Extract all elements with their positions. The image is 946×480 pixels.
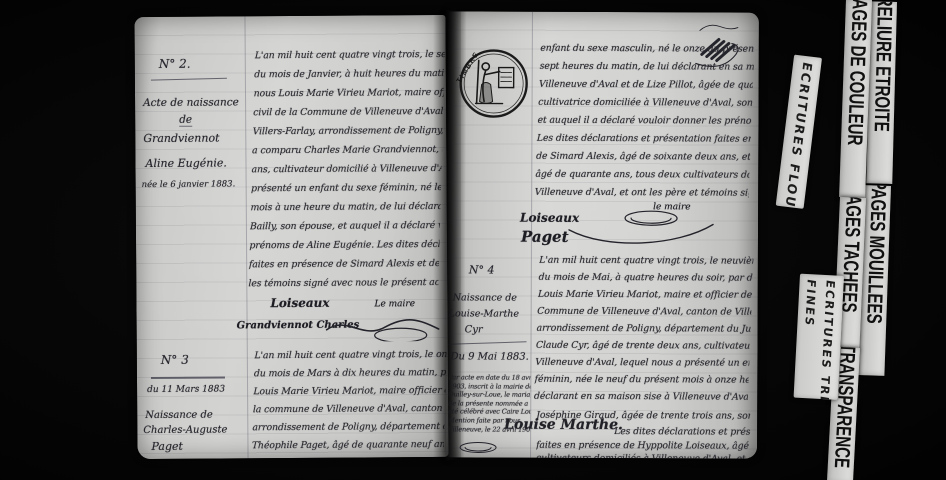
condition-label-ecritures-floues: ECRITURES FLOUES [776,55,822,209]
manuscript-line: Théophile Paget, âgé de quarante neuf an… [252,436,444,455]
act2-birth-date: née le 6 janvier 1883. [142,179,236,190]
manuscript-line: Commune de Villeneuve d'Aval, canton de … [537,303,752,321]
act3-continuation-body: enfant du sexe masculin, né le onze du p… [534,40,754,205]
manuscript-line: Bailly, son épouse, et auquel il a décla… [250,216,441,236]
manuscript-line: cultivatrice domiciliée à Villeneuve d'A… [538,94,753,113]
manuscript-line: cultivateur à Villeneuve d'Aval, lequel … [252,454,444,455]
manuscript-line: sept heures du matin, de lui déclarant e… [539,58,754,77]
signature-loiseaux: Loiseaux [270,296,329,310]
manuscript-line: la commune de Villeneuve d'Aval, canton … [253,400,445,419]
manuscript-line: déclarant en sa maison sise à Villeneuve… [534,388,749,406]
manuscript-line: arrondissement de Poligny, département d… [536,320,751,338]
act3-date: du 11 Mars 1883 [147,384,225,395]
mention-signature-flourish-icon [454,437,504,455]
manuscript-line: Villeneuve d'Aval et de Lize Pillot, âgé… [539,76,754,95]
act2-number: N° 2. [159,57,191,71]
act4-surname: Cyr [465,324,483,335]
condition-label-ecritures-tres-fines: ECRITURES TRÈS FINES [794,274,844,400]
condition-strip-label: RELIURE ETROITE [868,1,897,131]
act4-date: Du 9 Mai 1883. [450,351,528,362]
act4-number: N° 4 [469,263,495,276]
act4-child-name: Louise Marthe. [504,417,623,434]
signature-flourish-icon [323,313,443,342]
manuscript-line: de Simard Alexis, âgé de soixante deux a… [536,148,751,167]
act2-body: L'an mil huit cent quatre vingt trois, l… [248,45,445,296]
manuscript-line: faites en présence de Simard Alexis et d… [249,254,440,274]
manuscript-line: L'an mil huit cent quatre vingt trois, l… [539,252,754,270]
margin-underline [151,78,227,81]
act2-given-names: Aline Eugénie. [145,156,226,170]
revenue-stamp-icon: TIMBRE [455,45,531,121]
manuscript-line: a comparu Charles Marie Grandviennot, âg… [252,140,443,160]
register-right-page: TIMBRE N° 4 Naissance de Louise-Marthe C… [446,11,759,458]
condition-label-text: ECRITURES FLOUES [776,55,822,209]
manuscript-line: Villeneuve d'Aval, et ont les père et té… [534,184,749,203]
manuscript-line: Villers-Farlay, arrondissement de Polign… [252,121,443,141]
signature-flourish-icon [567,210,717,245]
margin-divider [151,376,225,379]
register-left-page: N° 2. Acte de naissance de Grandviennot … [134,15,448,459]
manuscript-line: Villeneuve d'Aval, lequel nous a présent… [535,354,750,372]
manuscript-line: féminin, née le neuf du présent mois à o… [534,371,749,389]
manuscript-line: Louis Marie Virieu Mariot, maire et offi… [538,286,753,304]
signature-le-maire: Le maire [374,299,415,309]
manuscript-line: prénoms de Aline Eugénie. Les dites décl… [249,235,440,255]
manuscript-line: Louis Marie Virieu Mariot, maire officie… [253,382,445,401]
manuscript-line: ans, cultivateur domicilié à Villeneuve … [251,159,442,179]
manuscript-line: les témoins signé avec nous le présent a… [248,273,439,293]
act4-title: Naissance de [453,292,517,303]
act4-closing-line: cultivateurs domiciliés à Villeneuve d'A… [536,449,750,459]
act3-body: L'an mil huit cent quatre vingt trois, l… [252,346,447,455]
act2-surname: Grandviennot [143,132,219,146]
manuscript-line: L'an mil huit cent quatre vingt trois, l… [255,45,446,65]
manuscript-line: civil de la Commune de Villeneuve d'Aval… [253,102,444,122]
act4-body: L'an mil huit cent quatre vingt trois, l… [534,252,754,407]
manuscript-line: L'an mil huit cent quatre vingt trois, l… [254,346,446,365]
manuscript-line: présenté un enfant du sexe féminin, né l… [251,178,442,198]
margin-rule [244,16,248,458]
page-gutter-shadow [433,10,461,460]
signature-paget: Paget [521,228,569,246]
condition-strip-label: PAGES DE COULEUR [841,0,872,140]
act2-title-de: de [179,114,192,127]
microfilm-frame: N° 2. Acte de naissance de Grandviennot … [0,0,946,480]
act2-title: Acte de naissance [143,96,239,109]
manuscript-line: âgé de quarante ans, tous deux cultivate… [535,166,750,185]
manuscript-line: arrondissement de Poligny, département d… [252,418,444,437]
manuscript-line: nous Louis Marie Virieu Mariot, maire of… [253,83,444,103]
act3-number: N° 3 [161,353,189,367]
act3-given-names: Charles-Auguste [143,424,227,436]
manuscript-line: du mois de Mars à dix heures du matin, p… [254,364,446,383]
manuscript-line: du mois de Janvier, à huit heures du mat… [254,64,445,84]
act3-title: Naissance de [145,410,213,421]
manuscript-line: Claude Cyr, âgé de trente deux ans, cult… [536,337,751,355]
manuscript-line: et auquel il a déclaré vouloir donner le… [537,112,752,131]
manuscript-line: Les dites déclarations et présentation f… [536,130,751,149]
act3-surname: Paget [151,440,183,453]
manuscript-line: mois à une heure du matin, de lui déclar… [250,197,441,217]
manuscript-line: du mois de Mai, à quatre heures du soir,… [538,269,753,287]
manuscript-line: enfant du sexe masculin, né le onze du p… [540,40,755,59]
